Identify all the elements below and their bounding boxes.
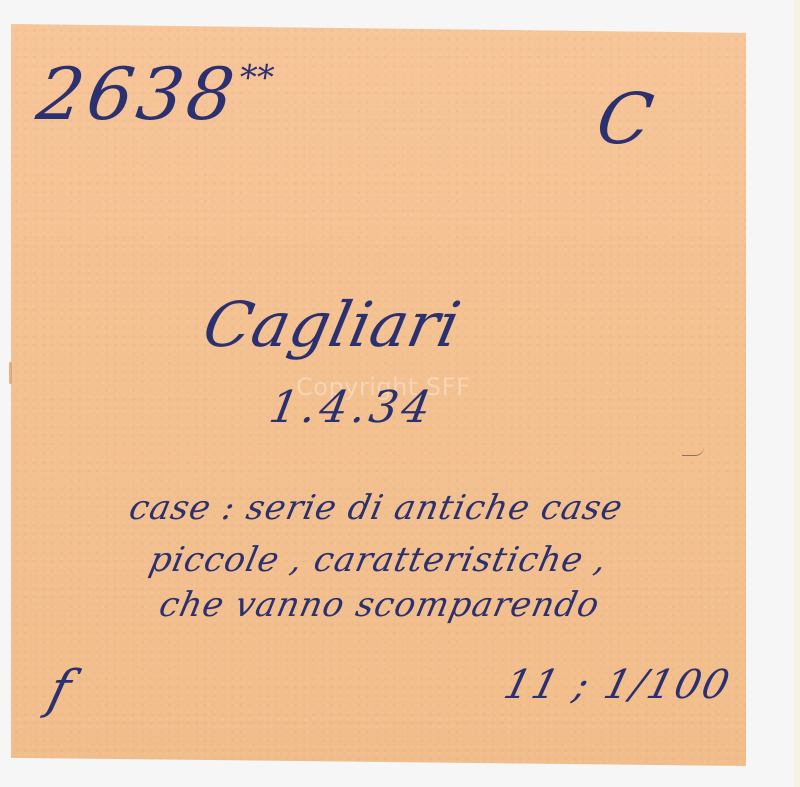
catalog-asterisks: ** bbox=[237, 58, 277, 98]
catalog-number: 2638** bbox=[32, 52, 277, 136]
description-line-2: piccole , caratteristiche , bbox=[146, 540, 611, 580]
catalog-number-value: 2638 bbox=[32, 52, 243, 136]
description-line-3: che vanno scomparendo bbox=[156, 585, 604, 625]
scan-background: 2638** C Cagliari Copyright SFF 1.4.34 c… bbox=[0, 0, 800, 787]
location-title: Cagliari bbox=[197, 288, 467, 361]
bottom-right-note: 11 ; 1/100 bbox=[499, 662, 736, 708]
description-line-1: case : serie di antiche case bbox=[126, 488, 627, 528]
date: 1.4.34 bbox=[266, 382, 439, 433]
adjacent-page-edge bbox=[794, 0, 800, 787]
paper-tear-mark bbox=[9, 362, 12, 384]
